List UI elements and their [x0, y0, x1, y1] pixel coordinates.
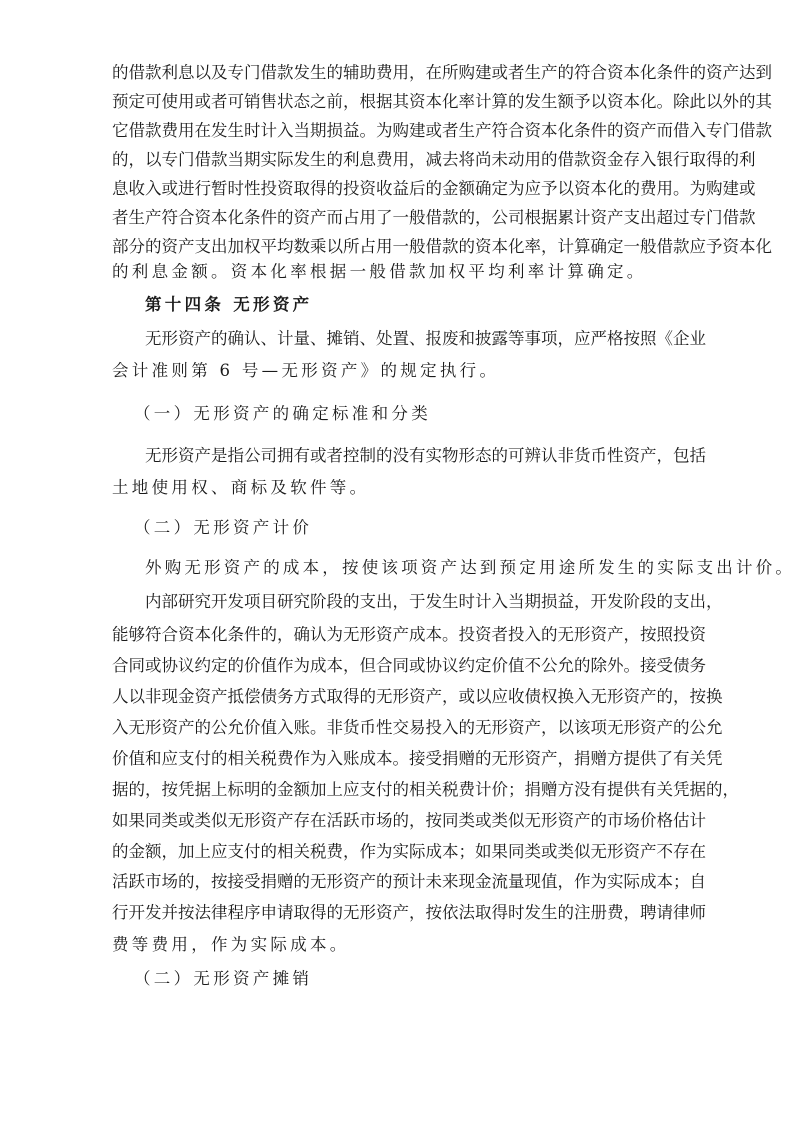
paragraph-line: 费等费用，作为实际成本。	[112, 934, 697, 956]
paragraph-line: 它借款费用在发生时计入当期损益。为购建或者生产符合资本化条件的资产而借入专门借款	[112, 120, 697, 142]
paragraph-line: 部分的资产支出加权平均数乘以所占用一般借款的资本化率，计算确定一般借款应予资本化	[112, 236, 697, 258]
subsection-heading: （一）无形资产的确定标准和分类	[112, 403, 686, 425]
paragraph-line: 的利息金额。资本化率根据一般借款加权平均利率计算确定。	[112, 261, 697, 283]
paragraph-line: 的借款利息以及专门借款发生的辅助费用，在所购建或者生产的符合资本化条件的资产达到	[112, 62, 697, 84]
paragraph-line: 无形资产的确认、计量、摊销、处置、报废和披露等事项，应严格按照《企业	[112, 328, 697, 350]
paragraph-line: 据的，按凭据上标明的金额加上应支付的相关税费计价；捐赠方没有提供有关凭据的，	[112, 779, 697, 801]
paragraph-line: 能够符合资本化条件的，确认为无形资产成本。投资者投入的无形资产，按照投资	[112, 624, 697, 646]
paragraph-line: 活跃市场的，按接受捐赠的无形资产的预计未来现金流量现值，作为实际成本；自	[112, 871, 697, 893]
section-heading: 第十四条 无形资产	[112, 294, 697, 316]
paragraph-line: 会计准则第 6 号—无形资产》的规定执行。	[112, 360, 697, 382]
paragraph-line: 者生产符合资本化条件的资产而占用了一般借款的，公司根据累计资产支出超过专门借款	[112, 207, 697, 229]
paragraph-line: 的，以专门借款当期实际发生的利息费用，减去将尚未动用的借款资金存入银行取得的利	[112, 149, 697, 171]
paragraph-line: 无形资产是指公司拥有或者控制的没有实物形态的可辨认非货币性资产，包括	[112, 445, 697, 467]
paragraph-line: 价值和应支付的相关税费作为入账成本。接受捐赠的无形资产，捐赠方提供了有关凭	[112, 748, 697, 770]
paragraph-line: 人以非现金资产抵偿债务方式取得的无形资产，或以应收债权换入无形资产的，按换	[112, 686, 697, 708]
subsection-heading: （二）无形资产摊销	[112, 968, 686, 990]
paragraph-line: 预定可使用或者可销售状态之前，根据其资本化率计算的发生额予以资本化。除此以外的其	[112, 91, 697, 113]
paragraph-line: 合同或协议约定的价值作为成本，但合同或协议约定价值不公允的除外。接受债务	[112, 655, 697, 677]
paragraph-line: 的金额，加上应支付的相关税费，作为实际成本；如果同类或类似无形资产不存在	[112, 841, 697, 863]
paragraph-line: 入无形资产的公允价值入账。非货币性交易投入的无形资产，以该项无形资产的公允	[112, 717, 697, 739]
paragraph-line: 外购无形资产的成本，按使该项资产达到预定用途所发生的实际支出计价。	[112, 557, 697, 579]
paragraph-line: 行开发并按法律程序申请取得的无形资产，按依法取得时发生的注册费，聘请律师	[112, 902, 697, 924]
subsection-heading: （二）无形资产计价	[112, 517, 686, 539]
paragraph-line: 土地使用权、商标及软件等。	[112, 477, 697, 499]
paragraph-line: 息收入或进行暂时性投资取得的投资收益后的金额确定为应予以资本化的费用。为购建或	[112, 178, 697, 200]
paragraph-line: 如果同类或类似无形资产存在活跃市场的，按同类或类似无形资产的市场价格估计	[112, 810, 697, 832]
paragraph-line: 内部研究开发项目研究阶段的支出，于发生时计入当期损益，开发阶段的支出，	[112, 591, 697, 613]
